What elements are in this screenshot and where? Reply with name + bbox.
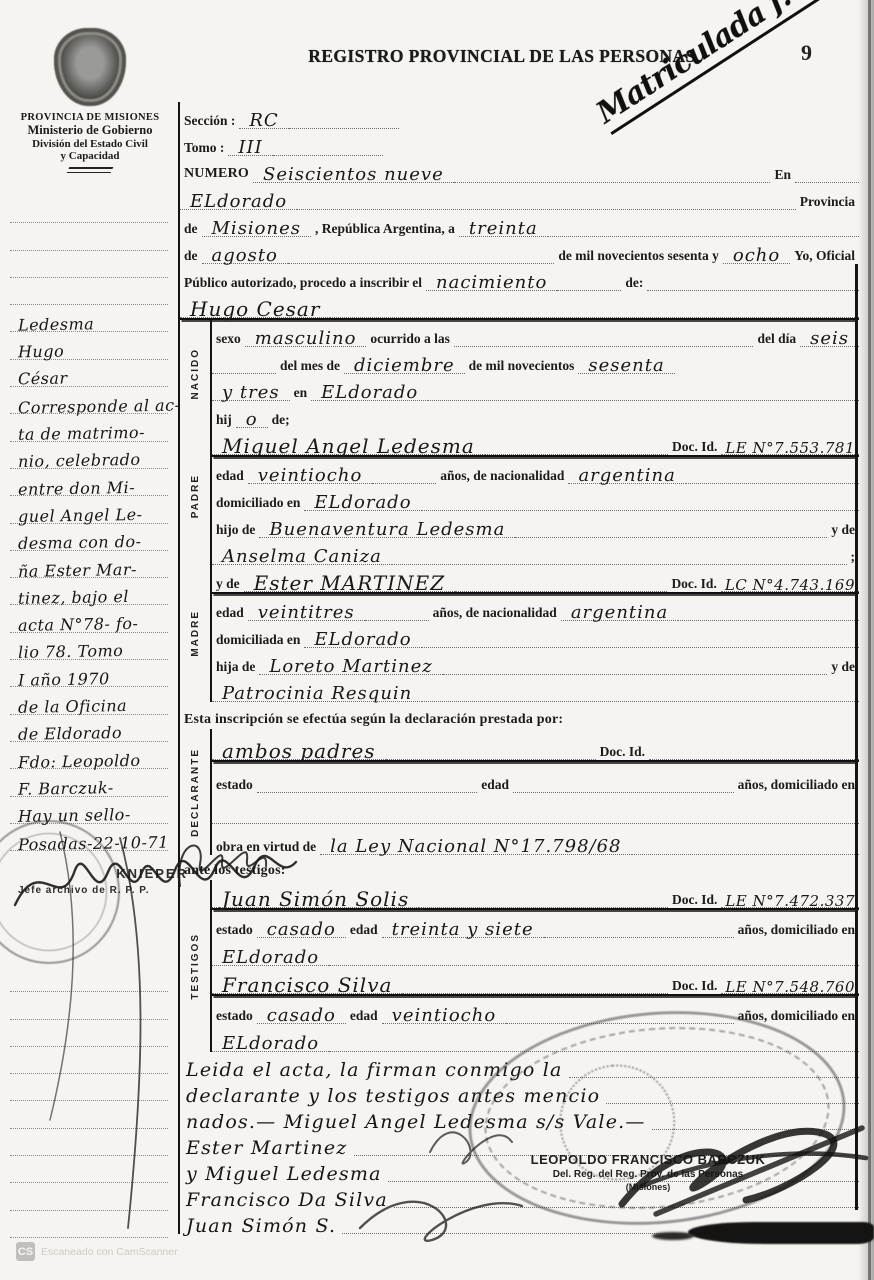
margin-note-line: de la Oficina — [10, 699, 127, 715]
acto-value: nacimiento — [426, 276, 557, 291]
edad-label: edad — [346, 1009, 382, 1025]
dia-label: del día — [753, 332, 800, 348]
numero-label: NUMERO — [180, 167, 253, 183]
doc-id-label: Doc. Id. — [667, 577, 720, 593]
field-declarado-por: ambos padres Doc. Id. — [212, 729, 859, 762]
field-fecha: de agosto de mil novecientos sesenta y o… — [180, 237, 859, 264]
testigo1-estado: casado — [257, 923, 346, 938]
declaracion-intro-label: Esta inscripción se efectúa según la dec… — [180, 713, 567, 729]
field-madre-edad: edad veintitres años, de nacionalidad ar… — [212, 594, 859, 621]
hijo-de-label: hijo de — [212, 523, 259, 539]
padre-edad: veintiocho — [248, 469, 373, 484]
doc-id-label: Doc. Id. — [668, 979, 721, 995]
letterhead-province: PROVINCIA DE MISIONES — [6, 112, 174, 123]
margin-note-line: ña Ester Mar- — [10, 562, 137, 578]
margin-note-line: Hugo — [10, 345, 64, 360]
scan-artifact-blob — [652, 1232, 694, 1240]
hij-label: hij — [212, 413, 236, 429]
margin-rule — [10, 223, 168, 250]
scan-edge-line — [868, 0, 871, 1280]
ley-nacional-value: la Ley Nacional N°17.798/68 — [320, 840, 631, 855]
field-abuelo-materno: hija de Loreto Martinez y de — [212, 648, 859, 675]
testigos-section-label: TESTIGOS — [190, 933, 201, 1000]
padre-nacionalidad: argentina — [568, 469, 685, 484]
de-label: de: — [621, 276, 647, 292]
officer-place: (Misiones) — [498, 1182, 798, 1192]
margin-note-line: I año 1970 — [10, 672, 110, 687]
margin-note-line: desma con do- — [10, 535, 142, 551]
officer-name: LEOPOLDO FRANCISCO BARCZUK — [498, 1152, 798, 1167]
yo-oficial-label: Yo, Oficial — [790, 249, 859, 265]
nacionalidad-label: años, de nacionalidad — [429, 606, 561, 622]
testigo2-doc-id: LE N°7.548.760 — [721, 981, 859, 994]
section-nacido: NACIDO sexo masculino ocurrido a las del… — [180, 320, 859, 428]
letterhead-capacity: y Capacidad — [6, 150, 174, 162]
edad-label: edad — [346, 923, 382, 939]
anio-label: de mil novecientos sesenta y — [554, 249, 722, 265]
abuela-paterna: Anselma Caniza — [212, 550, 392, 565]
nacionalidad-label: años, de nacionalidad — [436, 469, 568, 485]
margin-note-line: Hay un sello- — [10, 808, 131, 824]
numero-en-label: En — [770, 168, 795, 184]
field-inscripcion: Público autorizado, procedo a inscribir … — [180, 264, 859, 291]
sexo-value: masculino — [245, 332, 367, 347]
section-padre: PADRE Miguel Angel Ledesma Doc. Id. LE N… — [180, 428, 859, 565]
publico-label: Público autorizado, procedo a inscribir … — [180, 276, 426, 292]
firma-testigo1: Juan Simón S. — [180, 1219, 342, 1234]
y-de-label: y de — [212, 577, 244, 593]
margin-note-line: F. Barczuk- — [10, 781, 114, 796]
madre-section-label: MADRE — [190, 610, 201, 657]
testigo2-domicilio: ELdorado — [212, 1037, 329, 1052]
firma-testigo2: Francisco Da Silva — [180, 1193, 394, 1208]
field-declarante-blank — [212, 793, 859, 824]
scan-artifact-blob — [688, 1222, 874, 1244]
field-provincia: de Misiones , República Argentina, a tre… — [180, 210, 859, 237]
margin-note-line: tinez, bajo el — [10, 590, 129, 606]
padre-nombre: Miguel Angel Ledesma — [212, 438, 485, 455]
field-inscripto: Hugo Cesar — [180, 291, 859, 320]
scanned-birth-certificate: REGISTRO PROVINCIAL DE LAS PERSONAS 9 Ma… — [0, 0, 874, 1280]
margin-note: Ledesma Hugo César Corresponde al ac- ta… — [10, 196, 168, 851]
margin-note-line: Corresponde al ac- — [10, 398, 181, 415]
testigo1-domicilio: ELdorado — [212, 951, 329, 966]
margin-stamp-name: KNIEPER — [18, 866, 188, 881]
field-testigo1-estado: estado casado edad treinta y siete años,… — [212, 910, 859, 938]
hijo-letra: o — [236, 413, 268, 428]
camscanner-text: Escaneado con CamScanner — [41, 1246, 178, 1258]
section-declarante: DECLARANTE ambos padres Doc. Id. estado … — [180, 729, 859, 855]
field-testigos-intro: ante los testigos: — [180, 855, 859, 880]
officer-role: Del. Reg. del Reg. Prov. de las Personas — [498, 1169, 798, 1180]
testigo1-doc-id: LE N°7.472.337 — [721, 895, 859, 908]
provincia-label: Provincia — [796, 195, 859, 211]
margin-note-line: Ledesma — [10, 317, 94, 332]
domiciliado-label: domiciliado en — [212, 496, 304, 512]
margin-note-line: Fdo: Leopoldo — [10, 754, 141, 770]
abuelo-materno: Loreto Martinez — [259, 660, 442, 675]
margin-note-line: nio, celebrado — [10, 453, 141, 469]
margin-note-line: ta de matrimo- — [10, 426, 145, 442]
margin-note-line: entre don Mi- — [10, 481, 135, 497]
novecientos-label: de mil novecientos — [465, 359, 579, 375]
anio-value: ocho — [723, 249, 790, 264]
field-ciudad: ELdorado Provincia — [180, 183, 859, 210]
field-sexo: sexo masculino ocurrido a las del día se… — [212, 320, 859, 347]
lugar-value: ELdorado — [311, 386, 428, 401]
de-label: de — [180, 222, 202, 238]
mes-label: del mes de — [276, 359, 344, 375]
margin-note-line: de Eldorado — [10, 726, 122, 742]
firma-madre: Ester Martinez — [180, 1141, 354, 1156]
padre-doc-id: LE N°7.553.781 — [721, 442, 859, 455]
padre-section-label: PADRE — [190, 474, 201, 518]
margin-note-line: acta N°78- fo- — [10, 617, 139, 633]
field-abuela-paterna: Anselma Caniza ; — [212, 538, 859, 565]
field-abuela-materna: Patrocinia Resquin — [212, 675, 859, 702]
padre-domicilio: ELdorado — [304, 496, 421, 511]
ocurrido-label: ocurrido a las — [366, 332, 454, 348]
field-padre-nombre: Miguel Angel Ledesma Doc. Id. LE N°7.553… — [212, 428, 859, 457]
nacido-section-label: NACIDO — [190, 348, 201, 399]
camscanner-badge-icon: CS — [16, 1242, 35, 1261]
madre-edad: veintitres — [248, 606, 365, 621]
page-number: 9 — [801, 40, 812, 66]
field-numero: NUMERO Seiscientos nueve En — [180, 156, 859, 183]
field-declarante-estado: estado edad años, domiciliado en — [212, 762, 859, 793]
domiciliado-label: años, domiciliado en — [734, 923, 859, 939]
margin-note-line: guel Angel Le- — [10, 508, 143, 524]
field-padre-edad: edad veintiocho años, de nacionalidad ar… — [212, 457, 859, 484]
domiciliado-label: años, domiciliado en — [734, 778, 859, 794]
inscripto-nombre: Hugo Cesar — [180, 301, 330, 318]
doc-id-label: Doc. Id. — [596, 745, 649, 761]
en-label: en — [290, 386, 312, 402]
numero-value: Seiscientos nueve — [253, 168, 454, 183]
madre-nacionalidad: argentina — [561, 606, 678, 621]
testigo2-estado: casado — [257, 1009, 346, 1024]
margin-note-line: lio 78. Tomo — [10, 644, 124, 660]
virtud-label: obra en virtud de — [212, 840, 320, 856]
testigo2-nombre: Francisco Silva — [212, 977, 402, 994]
margin-rule — [10, 251, 168, 278]
seccion-value: RC — [239, 114, 288, 129]
sexo-label: sexo — [212, 332, 245, 348]
abuelo-paterno: Buenaventura Ledesma — [259, 523, 515, 538]
de-label: de — [180, 249, 202, 265]
seccion-label: Sección : — [180, 114, 239, 130]
scan-edge-shadow — [858, 0, 874, 1280]
letterhead-division: División del Estado Civil — [6, 138, 174, 150]
edad-label: edad — [212, 606, 248, 622]
field-seccion: Sección : RC — [180, 102, 859, 129]
letterhead-flourish — [67, 167, 114, 173]
domiciliada-label: domiciliada en — [212, 633, 304, 649]
anio-value: y tres — [212, 386, 290, 401]
field-declaracion-intro: Esta inscripción se efectúa según la dec… — [180, 702, 859, 729]
field-madre-nombre: y de Ester MARTINEZ Doc. Id. LC N°4.743.… — [212, 565, 859, 594]
field-padre-domicilio: domiciliado en ELdorado — [212, 484, 859, 511]
doc-id-label: Doc. Id. — [668, 440, 721, 456]
declarante-section-label: DECLARANTE — [190, 748, 201, 837]
provincia-value: Misiones — [202, 222, 312, 237]
section-madre: MADRE y de Ester MARTINEZ Doc. Id. LC N°… — [180, 565, 859, 702]
decada-value: sesenta — [578, 359, 674, 374]
field-virtud: obra en virtud de la Ley Nacional N°17.7… — [212, 824, 859, 855]
margin-rule — [10, 196, 168, 223]
officer-stamp: LEOPOLDO FRANCISCO BARCZUK Del. Reg. del… — [498, 1152, 798, 1192]
field-abuelo-paterno: hijo de Buenaventura Ledesma y de — [212, 511, 859, 538]
edad-label: edad — [212, 469, 248, 485]
field-madre-domicilio: domiciliada en ELdorado — [212, 621, 859, 648]
tomo-value: III — [228, 141, 272, 156]
testigos-intro-label: ante los testigos: — [180, 864, 290, 880]
letterhead: PROVINCIA DE MISIONES Ministerio de Gobi… — [6, 28, 174, 173]
field-testigo2-nombre: Francisco Silva Doc. Id. LE N°7.548.760 — [212, 966, 859, 996]
camscanner-watermark: CS Escaneado con CamScanner — [16, 1242, 178, 1261]
hija-de-label: hija de — [212, 660, 259, 676]
testigo2-edad: veintiocho — [382, 1009, 507, 1024]
field-anio-lugar: y tres en ELdorado — [212, 374, 859, 401]
field-testigo1-nombre: Juan Simón Solis Doc. Id. LE N°7.472.337 — [212, 880, 859, 910]
firma-padre: y Miguel Ledesma — [180, 1167, 388, 1182]
field-tomo: Tomo : III — [180, 129, 859, 156]
margin-bottom-rules — [10, 965, 168, 1238]
estado-label: estado — [212, 1009, 257, 1025]
testigo1-edad: treinta y siete — [382, 923, 544, 938]
madre-domicilio: ELdorado — [304, 633, 421, 648]
republica-label: , República Argentina, a — [311, 222, 459, 238]
estado-label: estado — [212, 923, 257, 939]
madre-nombre: Ester MARTINEZ — [244, 575, 456, 592]
margin-stamp-title: Jefe archivo de R. P. P. — [18, 885, 188, 896]
letterhead-ministry: Ministerio de Gobierno — [6, 123, 174, 138]
doc-id-label: Doc. Id. — [668, 893, 721, 909]
margin-note-line: César — [10, 372, 68, 387]
madre-doc-id: LC N°4.743.169 — [721, 579, 859, 592]
field-testigo2-estado: estado casado edad veintiocho años, domi… — [212, 996, 859, 1024]
ciudad-value: ELdorado — [180, 195, 297, 210]
abuela-materna: Patrocinia Resquin — [212, 687, 422, 702]
field-testigo1-domicilio: ELdorado — [212, 938, 859, 966]
field-mes: del mes de diciembre de mil novecientos … — [212, 347, 859, 374]
provincial-seal-icon — [54, 28, 126, 106]
estado-label: estado — [212, 778, 257, 794]
mes-value: agosto — [202, 249, 288, 264]
dia-value: seis — [800, 332, 859, 347]
mes-value: diciembre — [344, 359, 465, 374]
dia-value: treinta — [459, 222, 548, 237]
de-label: de; — [268, 413, 294, 429]
declarante-valor: ambos padres — [212, 743, 386, 760]
margin-stamp-text: KNIEPER Jefe archivo de R. P. P. — [18, 866, 188, 896]
edad-label: edad — [477, 778, 513, 794]
field-hijo-de: hij o de; — [212, 401, 859, 428]
testigo1-nombre: Juan Simón Solis — [212, 891, 419, 908]
margin-rule — [10, 278, 168, 305]
tomo-label: Tomo : — [180, 141, 228, 157]
